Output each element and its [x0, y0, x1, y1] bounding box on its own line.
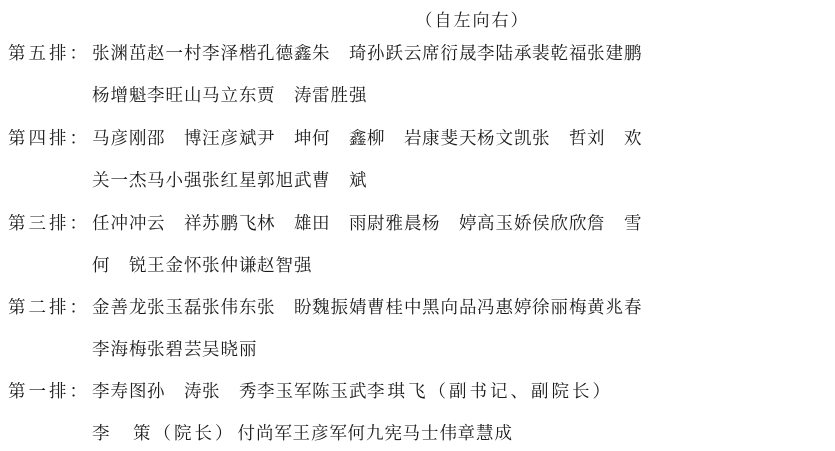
person-name: 李海梅	[92, 336, 146, 361]
person-name: 高玉娇	[477, 210, 531, 235]
person-name: 马小强	[147, 167, 201, 192]
person-name: 章慧成	[458, 420, 512, 445]
person-name: 李玉军	[257, 378, 311, 403]
person-name: 魏振婧	[312, 294, 366, 319]
person-name: 刘 欢	[587, 125, 641, 150]
person-name: 尉雅晨	[367, 210, 421, 235]
person-name: 付尚军	[238, 420, 292, 445]
person-name-with-title: 李琪飞（副书记、副院长）	[367, 378, 613, 403]
person-name-with-title: 李 策（院长）	[92, 420, 236, 445]
person-name: 张渊茁	[92, 40, 146, 65]
person-name: 张碧芸	[147, 336, 201, 361]
person-name: 李陆承	[477, 40, 531, 65]
person-name: 孔德鑫	[257, 40, 311, 65]
person-name: 李寿图	[92, 378, 146, 403]
person-name: 何九宪	[348, 420, 402, 445]
person-name: 金善龙	[92, 294, 146, 319]
person-name: 雷胜强	[312, 82, 366, 107]
person-name: 云 祥	[147, 210, 201, 235]
row-label: 第三排：	[8, 210, 90, 235]
person-name: 关一杰	[92, 167, 146, 192]
row-label: 第一排：	[8, 378, 90, 403]
caption-order-note: （自左向右）	[0, 6, 835, 31]
person-name: 田 雨	[312, 210, 366, 235]
person-name: 马立东	[202, 82, 256, 107]
person-name: 张 哲	[532, 125, 586, 150]
person-name: 张伟东	[202, 294, 256, 319]
person-name: 张 盼	[257, 294, 311, 319]
person-name: 林 雄	[257, 210, 311, 235]
person-name: 赵一村	[147, 40, 201, 65]
person-name: 李泽楷	[202, 40, 256, 65]
person-name: 黑向品	[422, 294, 476, 319]
row-label: 第二排：	[8, 294, 90, 319]
person-name: 李旺山	[147, 82, 201, 107]
person-name: 邵 博	[147, 125, 201, 150]
person-name: 陈玉武	[312, 378, 366, 403]
person-name: 柳 岩	[367, 125, 421, 150]
person-name: 何 鑫	[312, 125, 366, 150]
person-name: 朱 琦	[312, 40, 366, 65]
person-name: 张建鹏	[587, 40, 641, 65]
person-name: 张 秀	[202, 378, 256, 403]
person-name: 杨 婷	[422, 210, 476, 235]
person-name: 张仲谦	[202, 252, 256, 277]
person-name: 杨增魁	[92, 82, 146, 107]
person-name: 詹 雪	[587, 210, 641, 235]
person-name: 康斐天	[422, 125, 476, 150]
row-label: 第五排：	[8, 40, 90, 65]
person-name: 赵智强	[257, 252, 311, 277]
person-name: 王彦军	[293, 420, 347, 445]
person-name: 黄兆春	[587, 294, 641, 319]
person-name: 张红星	[202, 167, 256, 192]
person-name: 孙跃云	[367, 40, 421, 65]
person-name: 贾 涛	[257, 82, 311, 107]
person-name: 曹 斌	[312, 167, 366, 192]
person-name: 裴乾福	[532, 40, 586, 65]
person-name: 尹 坤	[257, 125, 311, 150]
person-name: 何 锐	[92, 252, 146, 277]
row-label: 第四排：	[8, 125, 90, 150]
person-name: 席衍晟	[422, 40, 476, 65]
person-name: 侯欣欣	[532, 210, 586, 235]
person-name: 马彦刚	[92, 125, 146, 150]
person-name: 冯惠婷	[477, 294, 531, 319]
person-name: 任冲冲	[92, 210, 146, 235]
person-name: 王金怀	[147, 252, 201, 277]
person-name: 吴晓丽	[202, 336, 256, 361]
person-name: 孙 涛	[147, 378, 201, 403]
person-name: 杨文凯	[477, 125, 531, 150]
person-name: 苏鹏飞	[202, 210, 256, 235]
person-name: 张玉磊	[147, 294, 201, 319]
person-name: 郭旭武	[257, 167, 311, 192]
person-name: 曹桂中	[367, 294, 421, 319]
person-name: 马士伟	[403, 420, 457, 445]
person-name: 徐丽梅	[532, 294, 586, 319]
person-name: 汪彦斌	[202, 125, 256, 150]
